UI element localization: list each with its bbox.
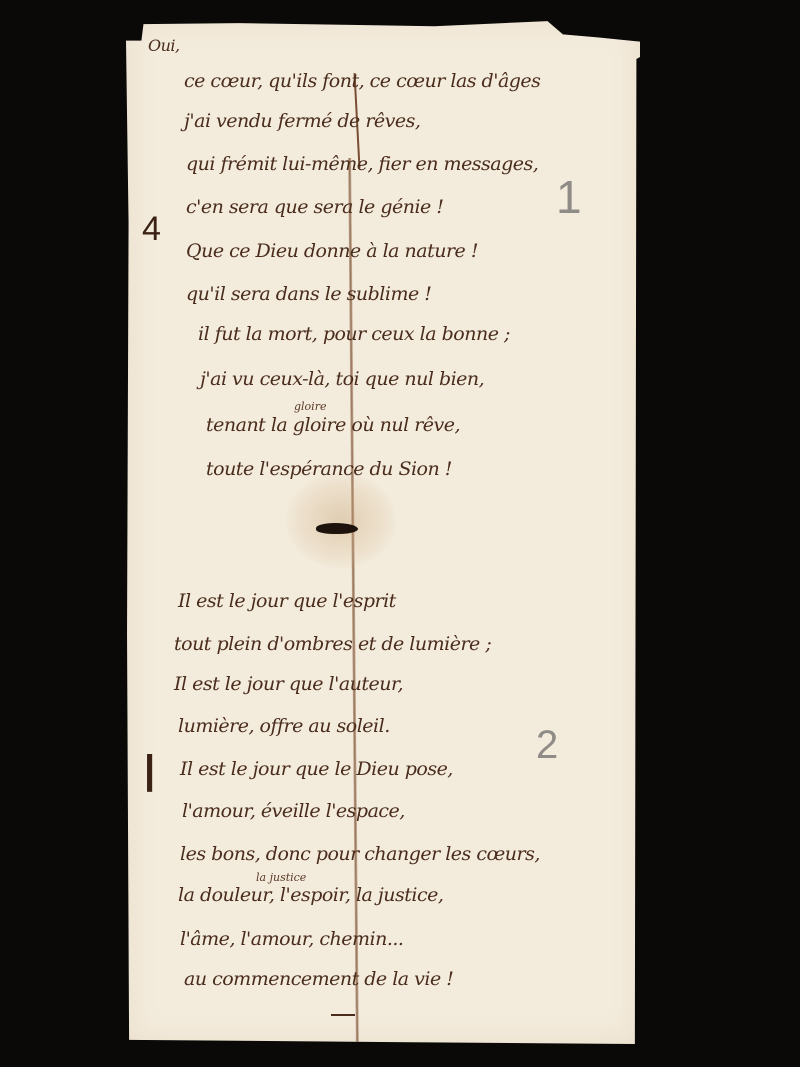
pencil-folio-number-1: 1	[556, 170, 582, 224]
verse-line: ce cœur, qu'ils font, ce cœur las d'âges	[184, 70, 540, 92]
verse-line: toute l'espérance du Sion !	[206, 458, 452, 480]
verse-line: il fut la mort, pour ceux la bonne ;	[198, 323, 510, 345]
water-stain	[286, 473, 396, 568]
verse-line: Il est le jour que le Dieu pose,	[180, 758, 453, 780]
margin-mark-4: 4	[142, 210, 161, 249]
manuscript-page: Oui, ce cœur, qu'ils font, ce cœur las d…	[126, 18, 640, 1044]
verse-line: tout plein d'ombres et de lumière ;	[174, 633, 491, 655]
verse-line: qu'il sera dans le sublime !	[186, 283, 431, 305]
verse-line: Oui,	[148, 36, 180, 55]
verse-line: tenant la gloire où nul rêve,	[206, 414, 460, 436]
interlinear-insertion: la justice	[256, 871, 306, 884]
closing-dash	[331, 1014, 355, 1016]
verse-line: j'ai vendu fermé de rêves,	[184, 110, 420, 132]
ink-blot	[316, 523, 358, 534]
verse-line: l'âme, l'amour, chemin...	[180, 928, 403, 950]
verse-line: Que ce Dieu donne à la nature !	[186, 240, 478, 262]
verse-line: lumière, offre au soleil.	[178, 715, 390, 737]
interlinear-insertion: gloire	[294, 400, 326, 413]
verse-line: la douleur, l'espoir, la justice,	[178, 884, 443, 906]
pencil-folio-number-2: 2	[536, 723, 558, 768]
verse-line: au commencement de la vie !	[184, 968, 453, 990]
verse-line: les bons, donc pour changer les cœurs,	[180, 843, 540, 865]
verse-line: qui frémit lui-même, fier en messages,	[186, 153, 538, 175]
verse-line: l'amour, éveille l'espace,	[182, 800, 405, 822]
verse-line: Il est le jour que l'esprit	[178, 590, 396, 612]
verse-line: c'en sera que sera le génie !	[186, 196, 443, 218]
verse-line: j'ai vu ceux-là, toi que nul bien,	[200, 368, 484, 390]
margin-mark-bar: |	[144, 748, 155, 793]
verse-line: Il est le jour que l'auteur,	[174, 673, 403, 695]
